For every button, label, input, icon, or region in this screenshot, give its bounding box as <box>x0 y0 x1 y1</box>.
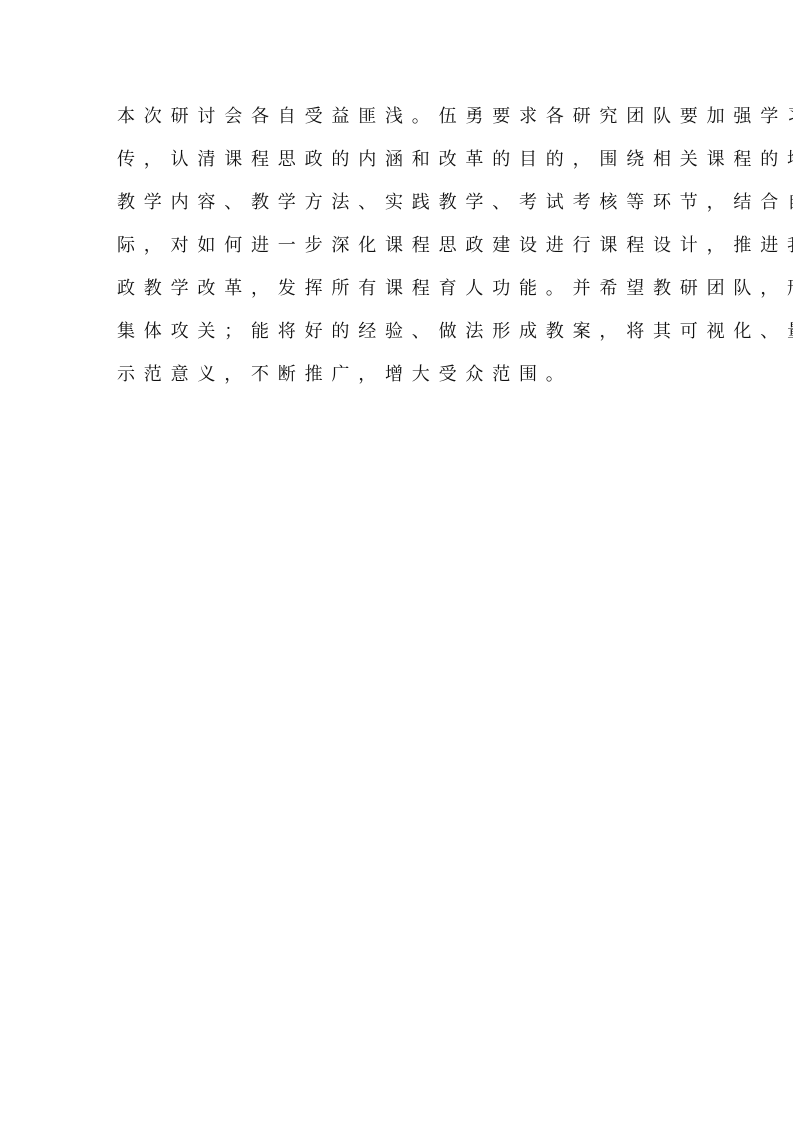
paragraph-line: 集体攻关；能将好的经验、做法形成教案，将其可视化、量化，增强 <box>117 315 683 358</box>
paragraph-line: 际，对如何进一步深化课程思政建设进行课程设计，推进我院课程思 <box>117 229 683 272</box>
paragraph-line: 传，认清课程思政的内涵和改革的目的，围绕相关课程的培养目标、 <box>117 143 683 186</box>
document-page: 本次研讨会各自受益匪浅。伍勇要求各研究团队要加强学习，广泛宣 传，认清课程思政的… <box>0 0 793 1122</box>
paragraph-line: 示范意义，不断推广，增大受众范围。 <box>117 358 683 401</box>
paragraph-line: 教学内容、教学方法、实践教学、考试考核等环节，结合自身教学实 <box>117 186 683 229</box>
paragraph-line: 政教学改革，发挥所有课程育人功能。并希望教研团队，形成合力， <box>117 272 683 315</box>
body-paragraph: 本次研讨会各自受益匪浅。伍勇要求各研究团队要加强学习，广泛宣 传，认清课程思政的… <box>117 100 683 401</box>
paragraph-line: 本次研讨会各自受益匪浅。伍勇要求各研究团队要加强学习，广泛宣 <box>117 100 683 143</box>
